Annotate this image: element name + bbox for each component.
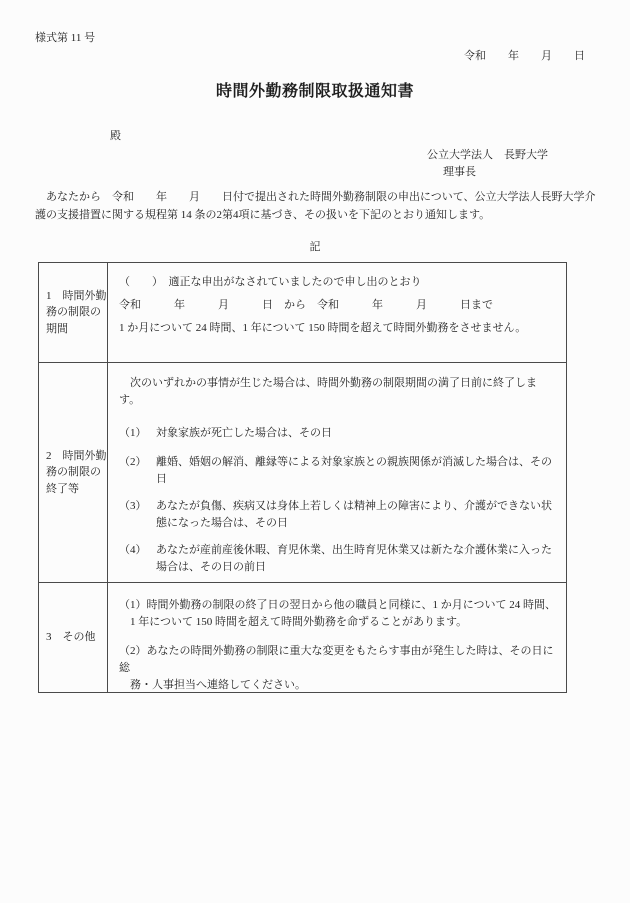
item-number: （2） [119,454,156,488]
intro-paragraph: あなたから 令和 年 月 日付で提出された時間外勤務制限の申出について、公立大学… [35,189,600,224]
page-title: 時間外勤務制限取扱通知書 [0,78,630,101]
row3-label: 3 その他 [39,583,108,692]
list-item: （4） あなたが産前産後休暇、育児休業、出生時育児休業又は新たな介護休業に入った… [119,542,561,576]
item-number: （3） [119,498,156,532]
form-number: 様式第 11 号 [35,29,95,45]
item-text: あなたが産前産後休暇、育児休業、出生時育児休業又は新たな介護休業に入った 場合は… [156,542,561,576]
ki-marker: 記 [0,238,630,254]
issuer-title: 理事長 [427,164,548,181]
row1-line-limit: 1 か月について 24 時間、1 年について 150 時間を超えて時間外勤務をさ… [119,317,561,340]
row1-line-checkbox: （ ） 適正な申出がなされていましたので申し出のとおり [119,271,561,294]
list-item: （1） 対象家族が死亡した場合は、その日 [119,425,561,442]
item-text: 対象家族が死亡した場合は、その日 [156,425,561,442]
item-number: （1） [119,425,156,442]
document-page: 様式第 11 号 令和 年 月 日 時間外勤務制限取扱通知書 殿 公立大学法人 … [0,0,630,903]
notice-table: 1 時間外勤 務の制限の 期間 （ ） 適正な申出がなされていましたので申し出の… [38,262,567,693]
item-text: あなたが負傷、疾病又は身体上若しくは精神上の障害により、介護ができない状 態にな… [156,498,561,532]
table-row-period: 1 時間外勤 務の制限の 期間 （ ） 適正な申出がなされていましたので申し出の… [39,263,566,362]
item-number: （4） [119,542,156,576]
list-item: （2）あなたの時間外勤務の制限に重大な変更をもたらす事由が発生した時は、その日に… [119,643,561,694]
row1-content: （ ） 適正な申出がなされていましたので申し出のとおり 令和 年 月 日 から … [108,263,566,362]
row3-content: （1）時間外勤務の制限の終了日の翌日から他の職員と同様に、1 か月について 24… [108,583,566,692]
row1-line-dates: 令和 年 月 日 から 令和 年 月 日まで [119,294,561,317]
date-line: 令和 年 月 日 [464,47,585,63]
list-item: （2） 離婚、婚姻の解消、離縁等による対象家族との親族関係が消滅した場合は、その… [119,454,561,488]
issuer-block: 公立大学法人 長野大学 理事長 [427,147,548,181]
issuer-organization: 公立大学法人 長野大学 [427,147,548,164]
row2-intro: 次のいずれかの事情が生じた場合は、時間外勤務の制限期間の満了日前に終了しま す。 [119,375,561,409]
list-item: （1）時間外勤務の制限の終了日の翌日から他の職員と同様に、1 か月について 24… [119,597,561,631]
row2-label: 2 時間外勤 務の制限の 終了等 [39,363,108,582]
row1-label: 1 時間外勤 務の制限の 期間 [39,263,108,362]
addressee-dono: 殿 [110,127,121,143]
list-item: （3） あなたが負傷、疾病又は身体上若しくは精神上の障害により、介護ができない状… [119,498,561,532]
table-row-other: 3 その他 （1）時間外勤務の制限の終了日の翌日から他の職員と同様に、1 か月に… [39,582,566,692]
table-row-termination: 2 時間外勤 務の制限の 終了等 次のいずれかの事情が生じた場合は、時間外勤務の… [39,362,566,582]
row2-content: 次のいずれかの事情が生じた場合は、時間外勤務の制限期間の満了日前に終了しま す。… [108,363,566,582]
item-text: 離婚、婚姻の解消、離縁等による対象家族との親族関係が消滅した場合は、その 日 [156,454,561,488]
